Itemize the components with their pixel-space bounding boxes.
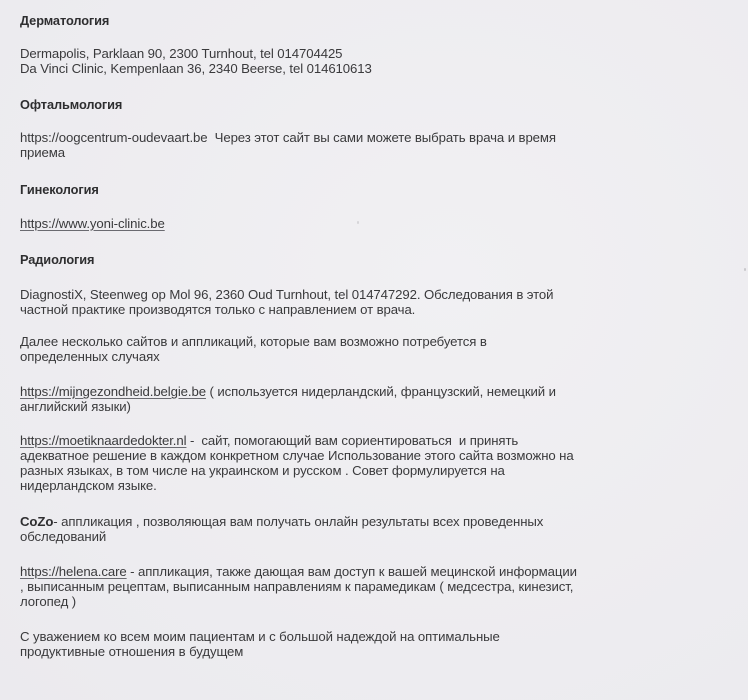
cozo-line: обследований: [20, 529, 106, 544]
paper-speck: [744, 268, 746, 271]
helena-text: - аппликация, также дающая вам доступ к …: [127, 564, 577, 579]
ophthalmology-line: приема: [20, 145, 65, 160]
moetiknaardedokter-line: адекватное решение в каждом конкретном с…: [20, 448, 574, 463]
mijngezondheid-link[interactable]: https://mijngezondheid.belgie.be: [20, 384, 206, 399]
helena-line: https://helena.care - аппликация, также …: [20, 564, 577, 579]
cozo-name: CoZo: [20, 514, 53, 529]
dermatology-line: Da Vinci Clinic, Kempenlaan 36, 2340 Bee…: [20, 61, 372, 76]
gynecology-line: https://www.yoni-clinic.be: [20, 216, 165, 231]
helena-link[interactable]: https://helena.care: [20, 564, 127, 579]
helena-line: логопед ): [20, 594, 76, 609]
ophthalmology-text: Через этот сайт вы сами можете выбрать в…: [208, 130, 556, 145]
moetiknaardedokter-text: - сайт, помогающий вам сориентироваться …: [186, 433, 518, 448]
closing-line: С уважением ко всем моим пациентам и с б…: [20, 629, 500, 644]
heading-gynecology: Гинекология: [20, 182, 99, 197]
intro-line: определенных случаях: [20, 349, 160, 364]
paper-speck: [357, 221, 359, 224]
ophthalmology-line: https://oogcentrum-oudevaart.be Через эт…: [20, 130, 556, 145]
moetiknaardedokter-link[interactable]: https://moetiknaardedokter.nl: [20, 433, 186, 448]
helena-line: , выписанным рецептам, выписанным направ…: [20, 579, 573, 594]
cozo-line: CoZo- аппликация , позволяющая вам получ…: [20, 514, 543, 529]
moetiknaardedokter-line: https://moetiknaardedokter.nl - сайт, по…: [20, 433, 518, 448]
closing-line: продуктивные отношения в будущем: [20, 644, 243, 659]
cozo-text: - аппликация , позволяющая вам получать …: [53, 514, 543, 529]
mijngezondheid-line: https://mijngezondheid.belgie.be ( испол…: [20, 384, 556, 399]
mijngezondheid-line: английский языки): [20, 399, 131, 414]
ophthalmology-link[interactable]: https://oogcentrum-oudevaart.be: [20, 130, 208, 145]
mijngezondheid-text: ( используется нидерландский, французски…: [206, 384, 556, 399]
intro-line: Далее несколько сайтов и аппликаций, кот…: [20, 334, 487, 349]
gynecology-link[interactable]: https://www.yoni-clinic.be: [20, 216, 165, 231]
radiology-line: частной практике производятся только с н…: [20, 302, 415, 317]
heading-ophthalmology: Офтальмология: [20, 97, 122, 112]
radiology-line: DiagnostiX, Steenweg op Mol 96, 2360 Oud…: [20, 287, 553, 302]
heading-radiology: Радиология: [20, 252, 94, 267]
heading-dermatology: Дерматология: [20, 13, 109, 28]
moetiknaardedokter-line: нидерландском языке.: [20, 478, 157, 493]
moetiknaardedokter-line: разных языках, в том числе на украинском…: [20, 463, 505, 478]
dermatology-line: Dermapolis, Parklaan 90, 2300 Turnhout, …: [20, 46, 342, 61]
